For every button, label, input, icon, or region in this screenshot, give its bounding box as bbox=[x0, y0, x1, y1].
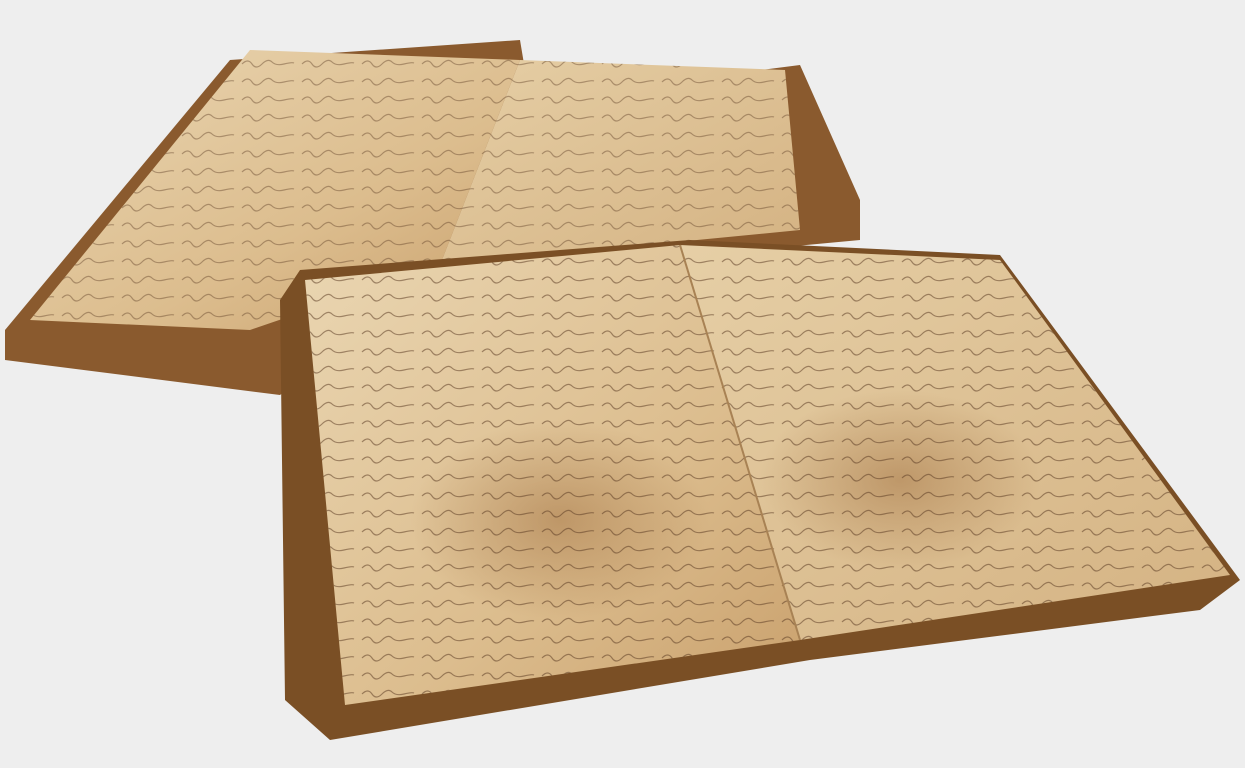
manuscripts-illustration bbox=[0, 0, 1245, 768]
photo-scene bbox=[0, 0, 1245, 768]
front-book bbox=[280, 240, 1240, 740]
